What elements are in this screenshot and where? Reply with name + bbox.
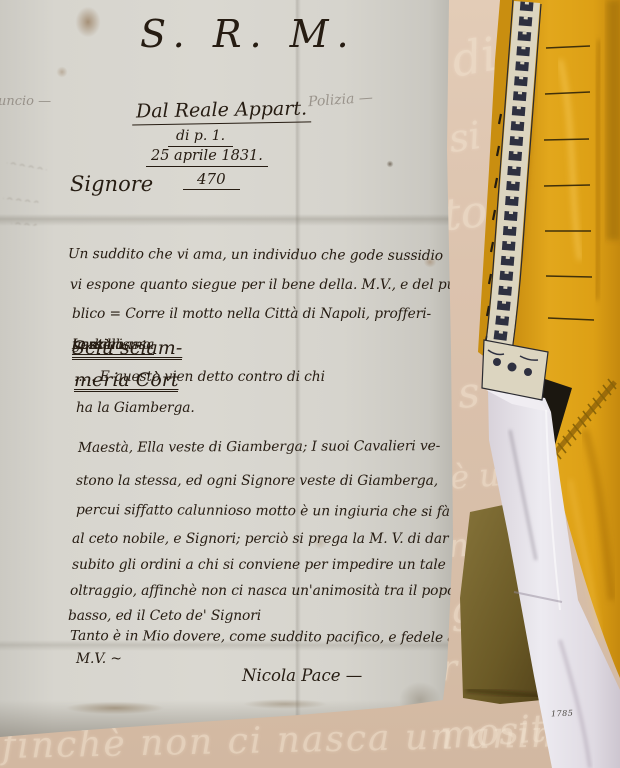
year-label: 1785 (551, 710, 574, 719)
body-line: vi espone quanto siegue per il bene dell… (70, 279, 469, 293)
signature: Nicola Pace — (242, 668, 362, 685)
coat-edge-shade (606, 0, 620, 240)
body-line: Un suddito che vi ama, un individuo che … (68, 248, 443, 264)
body-text: ..... E questo vien detto contro di chi (74, 371, 325, 385)
body-line: percui siffatto calunnioso motto è un in… (76, 504, 450, 520)
body-line: Maestà, Ella veste di Giamberga; I suoi … (78, 440, 440, 456)
bleedthrough-scribble (11, 205, 38, 226)
bleedthrough-scribble (7, 145, 50, 171)
pencil-note-left: uncio — (0, 94, 51, 109)
letter-paper: S. R. M. Dal Reale Appart. di p. 1. 25 a… (0, 0, 456, 740)
body-line: ha la Giamberga. (76, 402, 195, 416)
ref-office-line: Dal Reale Appart. (132, 97, 311, 125)
museum-collage: di si to s è u n in ga r in mosità finch… (0, 0, 620, 768)
letter-heading: S. R. M. (140, 12, 357, 58)
body-line: basso, ed il Ceto de' Signori (68, 610, 261, 624)
body-line: Tanto è in Mio dovere, come suddito paci… (70, 630, 472, 646)
body-line: stono la stessa, ed ogni Signore veste d… (76, 475, 438, 489)
body-line: subito gli ordini a chi si conviene per … (72, 559, 446, 573)
ref-dept-line: di p. 1. (168, 128, 233, 147)
body-line: M.V. ~ (76, 653, 122, 667)
trim-motif (493, 358, 501, 366)
ref-date-line: 25 aprile 1831. (146, 148, 268, 167)
trim-motif (524, 368, 532, 376)
emphasized-motto: Sciù sciam- (72, 339, 182, 360)
coat-wrinkle (596, 40, 600, 300)
bleedthrough-scribble (3, 180, 41, 203)
trim-motif (508, 363, 517, 372)
body-line: al ceto nobile, e Signori; perciò si pre… (72, 533, 448, 547)
body-line: oltraggio, affinchè non ci nasca un'anim… (70, 585, 468, 599)
ref-protocol-number: 470 (183, 170, 240, 190)
salutation: Signore (70, 172, 153, 197)
body-line: blico = Corre il motto nella Città di Na… (72, 308, 431, 322)
pencil-note-right: Polizia — (308, 90, 374, 110)
